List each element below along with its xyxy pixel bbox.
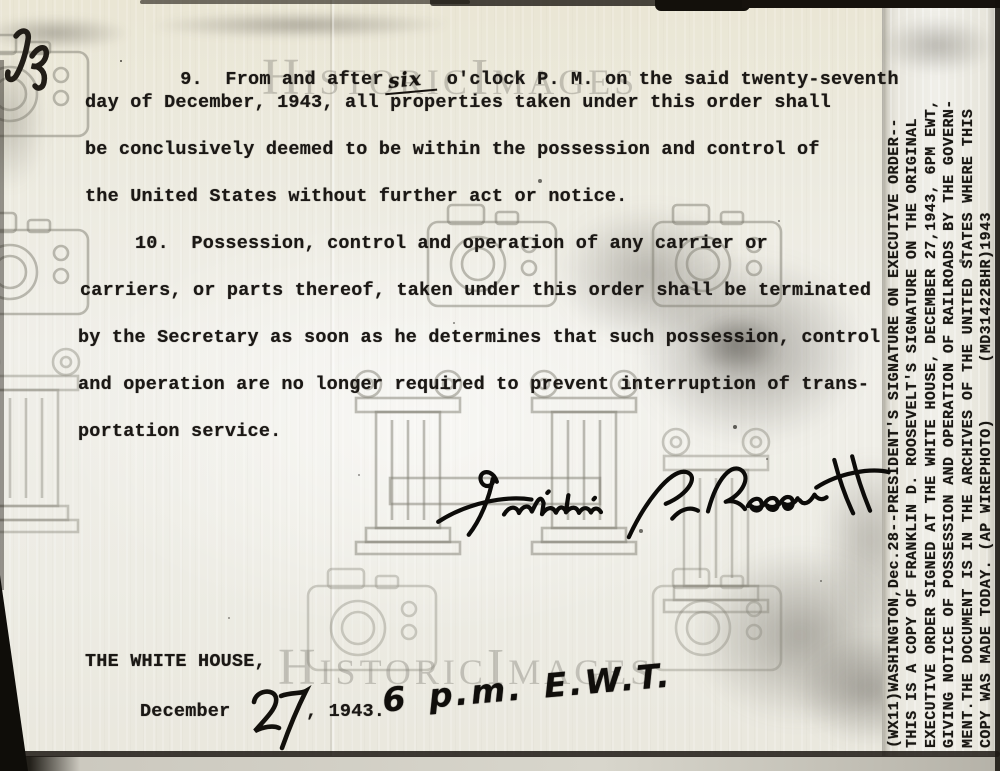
para9-line1-pre: 9. From and after	[180, 69, 383, 90]
smudge-bottom-right-1	[690, 545, 910, 725]
smudge-center-1	[555, 205, 745, 345]
bottom-edge-line	[18, 751, 1000, 757]
para10-line1: 10. Possession, control and operation of…	[135, 233, 768, 254]
caption-line-2: THIS IS A COPY OF FRANKLIN D. ROOSEVELT'…	[904, 118, 921, 748]
caption-line-1: (WX11)WASHINGTON,Dec.28--PRESIDENT'S SIG…	[886, 118, 903, 748]
para10-line4: and operation are no longer required to …	[78, 374, 869, 395]
para10-line5: portation service.	[78, 421, 281, 442]
roosevelt-signature	[430, 444, 894, 580]
para10-line3: by the Secretary as soon as he determine…	[78, 327, 880, 348]
column-watermark-icon	[0, 349, 79, 532]
top-edge-dark	[655, 0, 750, 11]
top-edge-dark	[140, 0, 470, 4]
ap-caption-rotated: (WX11)WASHINGTON,Dec.28--PRESIDENT'S SIG…	[886, 48, 996, 748]
press-photo-document: HistoricImages HistoricImages	[0, 0, 1000, 771]
date-typed-suffix: , 1943.	[306, 701, 385, 722]
caption-line-5: MENT.THE DOCUMENT IS IN THE ARCHIVES OF …	[960, 109, 977, 748]
camera-watermark-icon	[653, 569, 781, 670]
handwritten-time-ewt: 6 p.m. E.W.T.	[381, 655, 674, 719]
smudge-top-band	[145, 12, 454, 38]
camera-watermark-icon	[0, 213, 88, 314]
para10-line2: carriers, or parts thereof, taken under …	[80, 280, 871, 301]
white-house-line: THE WHITE HOUSE,	[85, 651, 266, 672]
dust-specks	[120, 60, 122, 62]
bottom-edge-below	[0, 756, 1000, 771]
top-edge-dark	[430, 0, 670, 6]
caption-line-3: EXECUTIVE ORDER SIGNED AT THE WHITE HOUS…	[923, 99, 940, 748]
caption-line-4: GIVING NOTICE OF POSSESSION AND OPERATIO…	[941, 99, 958, 748]
date-typed-prefix: December	[140, 701, 230, 722]
para9-line4: the United States without further act or…	[85, 186, 628, 207]
caption-line-6: COPY WAS MADE TODAY. (AP WIREPHOTO) (MD3…	[978, 212, 995, 748]
para9-line2: day of December, 1943, all properties ta…	[85, 92, 831, 113]
left-edge-dark	[0, 60, 4, 590]
caption-strip: (WX11)WASHINGTON,Dec.28--PRESIDENT'S SIG…	[882, 0, 1000, 771]
corner-initials-handwritten	[2, 22, 72, 102]
handwritten-time-scrawl: six	[383, 65, 437, 95]
camera-watermark-icon	[308, 569, 436, 670]
para9-line3: be conclusively deemed to be within the …	[85, 139, 820, 160]
bottom-left-corner-dark	[0, 575, 28, 771]
para9-line1-post: o'clock P. M. on the said twenty-seventh	[435, 69, 898, 90]
handwritten-day-27	[246, 684, 312, 752]
